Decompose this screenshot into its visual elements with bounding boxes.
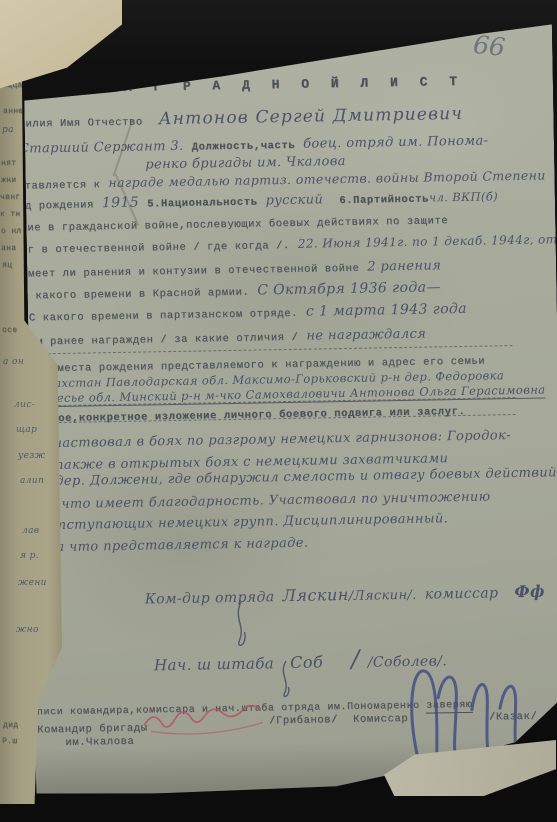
- brigade-commander-signature: [139, 703, 275, 737]
- margin-fragment: чвнг: [0, 194, 20, 202]
- nationality-label: 5.Национальность: [147, 197, 258, 211]
- feat-line: Участвовал в боях по разгрому немецких г…: [44, 428, 511, 451]
- nationality-value: русский: [265, 192, 323, 208]
- margin-fragment: лав: [22, 527, 40, 535]
- wounds-line: Имеет ли ранения и контузии в отечествен…: [21, 256, 441, 281]
- commissar-signature: Фф: [514, 582, 545, 602]
- birth-value: 1915: [102, 195, 140, 212]
- brigade-name: /Грибанов/: [269, 714, 338, 727]
- margin-fragment: анне: [3, 108, 23, 116]
- margin-fragment: жени: [18, 579, 47, 587]
- partisan-value: с 1 марта 1943 года: [306, 301, 467, 320]
- margin-fragment: я р.: [20, 552, 39, 560]
- margin-fragment: яц: [2, 262, 12, 270]
- partisan-label: .С какого времени в партизанском отряде.: [22, 308, 298, 325]
- margin-fragment: нят: [1, 160, 16, 168]
- commander-label: Ком-дир отряда: [145, 589, 275, 607]
- margin-fragment: алип: [20, 477, 44, 485]
- award-label: ставляется к: [18, 179, 101, 192]
- brigade-line2: им.Чкалова: [65, 731, 134, 750]
- signature-flourish: [229, 600, 252, 652]
- margin-fragment: а он: [3, 358, 24, 366]
- signature-flourish: [276, 659, 297, 699]
- margin-fragment: ана: [1, 245, 16, 253]
- party-value: чл. ВКП(б): [429, 189, 498, 204]
- rank-value: Старший Сержант 3.: [19, 139, 184, 157]
- name-line: милия Имя ОтчествоАнтонов Сергей Дмитрие…: [18, 104, 463, 132]
- margin-fragment: Р.ш: [2, 738, 17, 746]
- margin-fragment: ра: [2, 126, 14, 134]
- margin-fragment: уезж: [18, 452, 45, 460]
- chief-slash: /: [351, 645, 360, 673]
- patriotic-war-label: ыг в отечественной войне / где когда /.: [21, 240, 290, 257]
- margin-fragment: жно: [16, 626, 39, 634]
- margin-fragment: щар: [16, 426, 37, 434]
- red-army-line: С какого времени в Красной армии.С Октяб…: [21, 278, 441, 303]
- wounds-label: Имеет ли ранения и контузии в отечествен…: [21, 263, 359, 281]
- page-number: 66: [472, 30, 507, 62]
- position-label: Должность,часть: [192, 140, 296, 154]
- margin-fragment: дид: [3, 722, 18, 730]
- wounds-value: 2 ранения: [367, 258, 441, 274]
- feat-line: за что имеет благодарность. Участвовал п…: [41, 489, 491, 512]
- margin-fragment: осе: [2, 327, 17, 335]
- commander-signature: Ляскин: [282, 585, 349, 605]
- red-army-label: С какого времени в Красной армии.: [21, 287, 249, 303]
- position-value: боец. отряд им. Понома-: [303, 133, 489, 151]
- birth-label: од рождения: [18, 199, 94, 212]
- margin-fragment: лис-: [14, 401, 35, 409]
- chief-label: Нач. ш штаба: [154, 654, 274, 674]
- commander-signature-line: Ком-дир отрядаЛяскин/Ляскин/.комиссарФф/…: [145, 580, 557, 608]
- feat-line: За что представляется к награде.: [48, 536, 309, 556]
- scanned-award-document: 66 Н А Г Р А Д Н О Й Л И С Т милия Имя О…: [0, 0, 557, 822]
- partisan-line: .С какого времени в партизанском отряде.…: [22, 300, 467, 326]
- prev-award-line: Чем ранее награжден / за какие отличия /…: [22, 325, 426, 350]
- prev-award-label: Чем ранее награжден / за какие отличия /: [22, 332, 298, 349]
- name-value: Антонов Сергей Дмитриевич: [159, 104, 464, 129]
- prev-award-value: не награждался: [306, 327, 426, 344]
- margin-fragment: к тн: [0, 211, 20, 219]
- party-label: 6.Партийность: [339, 194, 429, 208]
- name-label: милия Имя Отчество: [18, 117, 142, 131]
- feat-line: отступающих немецких групп. Дисциплиниро…: [45, 511, 448, 533]
- award-sheet-page: 66 Н А Г Р А Д Н О Й Л И С Т милия Имя О…: [23, 0, 557, 797]
- margin-fragment: о нл: [1, 228, 21, 236]
- red-army-value: С Октября 1936 года—: [257, 279, 441, 298]
- patriotic-war-value: 22. Июня 1941г. по 1 декаб. 1944г, отряд: [298, 232, 557, 251]
- commander-name: /Ляскин/.: [349, 588, 417, 604]
- margin-fragment: жни: [1, 177, 16, 185]
- civil-war-line: тие в гражданской войне,послевующих боев…: [20, 210, 448, 235]
- brigade-label2: им.Чкалова: [65, 736, 134, 749]
- civil-war-label: тие в гражданской войне,послевующих боев…: [20, 215, 448, 234]
- commissar-label: комиссар: [425, 585, 499, 602]
